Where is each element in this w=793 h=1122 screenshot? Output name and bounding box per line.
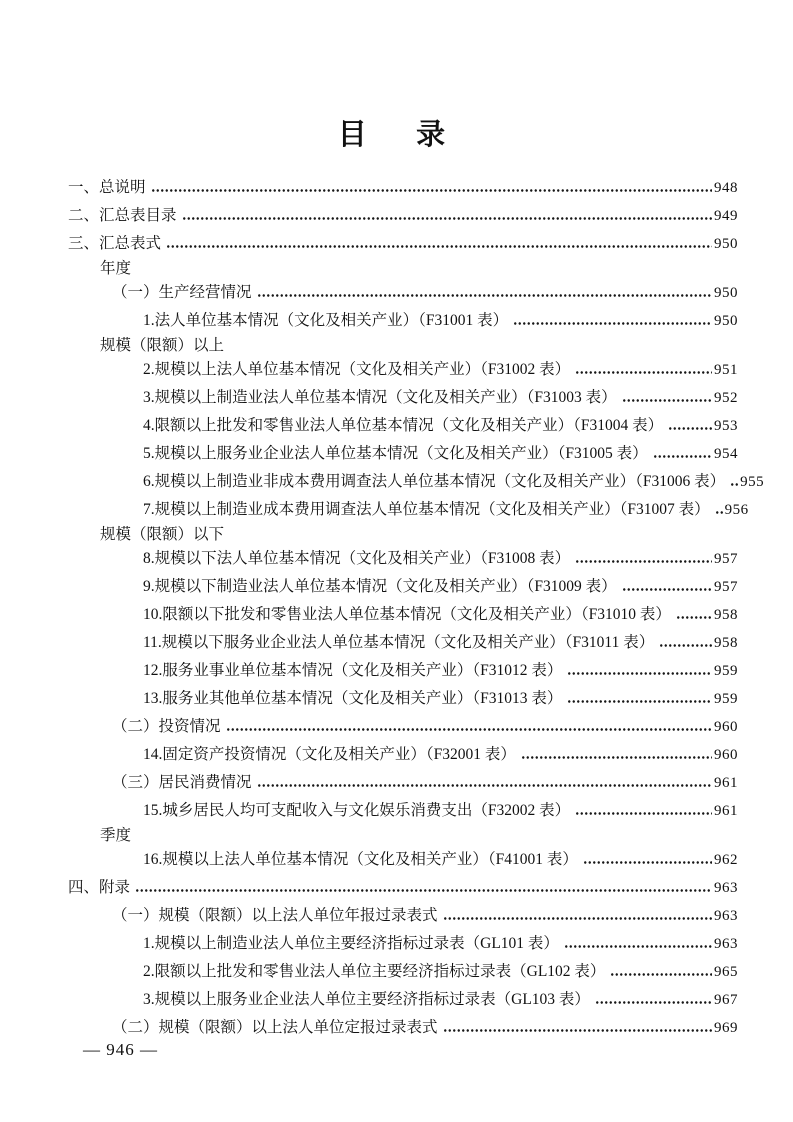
toc-entry-page: 967	[714, 993, 738, 1008]
toc-entry-page: 954	[714, 447, 738, 462]
toc-entry: 一、总说明948	[68, 174, 738, 202]
toc-entry-page: 959	[714, 664, 738, 679]
toc-entry: 3.规模以上服务业企业法人单位主要经济指标过录表（GL103 表）967	[68, 986, 738, 1014]
dot-leader	[622, 573, 712, 601]
toc-entry-label: 2.规模以上法人单位基本情况（文化及相关产业）（F31002 表）	[143, 362, 570, 378]
toc-entry-label: 季度	[100, 828, 131, 844]
toc-entry-page: 969	[714, 1021, 738, 1036]
toc-entry: 1.法人单位基本情况（文化及相关产业）（F31001 表）950	[68, 307, 738, 335]
dot-leader	[257, 769, 712, 797]
toc-entry-page: 962	[714, 853, 738, 868]
toc-entry: （二）规模（限额）以上法人单位定报过录表式969	[68, 1014, 738, 1042]
toc-group-heading: 规模（限额）以上	[68, 335, 738, 356]
toc-entry-label: 规模（限额）以下	[100, 527, 224, 543]
dot-leader	[567, 657, 712, 685]
toc-entry-label: 四、附录	[68, 880, 130, 896]
dot-leader	[182, 202, 712, 230]
toc-entry-label: 9.规模以下制造业法人单位基本情况（文化及相关产业）（F31009 表）	[143, 579, 617, 595]
toc-group-heading: 规模（限额）以下	[68, 524, 738, 545]
page-number: — 946 —	[83, 1040, 158, 1059]
toc-entry-label: 规模（限额）以上	[100, 338, 224, 354]
toc-entry-page: 960	[714, 748, 738, 763]
toc-entry-label: 1.规模以上制造业法人单位主要经济指标过录表（GL101 表）	[143, 936, 559, 952]
toc-entry: 11.规模以下服务业企业法人单位基本情况（文化及相关产业）（F31011 表）9…	[68, 629, 738, 657]
toc-entry-label: 15.城乡居民人均可支配收入与文化娱乐消费支出（F32002 表）	[143, 803, 570, 819]
toc-entry-label: 11.规模以下服务业企业法人单位基本情况（文化及相关产业）（F31011 表）	[143, 635, 654, 651]
toc-entry-page: 958	[714, 636, 738, 651]
dot-leader	[257, 279, 712, 307]
toc-entry-label: 6.规模以上制造业非成本费用调查法人单位基本情况（文化及相关产业）（F31006…	[143, 474, 725, 490]
toc-list: 一、总说明948二、汇总表目录949三、汇总表式950年度（一）生产经营情况95…	[68, 174, 738, 1042]
toc-entry: （三）居民消费情况961	[68, 769, 738, 797]
toc-entry-label: 年度	[100, 261, 131, 277]
toc-entry-label: （二）规模（限额）以上法人单位定报过录表式	[112, 1020, 438, 1036]
toc-entry-page: 950	[714, 237, 738, 252]
dot-leader	[513, 307, 712, 335]
toc-entry-page: 960	[714, 720, 738, 735]
toc-entry-page: 965	[714, 965, 738, 980]
toc-entry-label: （二）投资情况	[112, 719, 221, 735]
dot-leader	[676, 601, 712, 629]
dot-leader	[135, 874, 712, 902]
dot-leader	[668, 412, 712, 440]
dot-leader	[610, 958, 712, 986]
dot-leader	[583, 846, 712, 874]
dot-leader	[521, 741, 712, 769]
dot-leader	[622, 384, 712, 412]
toc-entry-page: 956	[725, 503, 749, 518]
toc-entry-page: 959	[714, 692, 738, 707]
toc-entry-page: 952	[714, 391, 738, 406]
toc-entry-page: 948	[714, 181, 738, 196]
toc-entry-page: 957	[714, 552, 738, 567]
toc-entry: 8.规模以下法人单位基本情况（文化及相关产业）（F31008 表）957	[68, 545, 738, 573]
toc-entry: 16.规模以上法人单位基本情况（文化及相关产业）（F41001 表）962	[68, 846, 738, 874]
toc-entry-page: 951	[714, 363, 738, 378]
toc-entry-label: （三）居民消费情况	[112, 775, 252, 791]
toc-entry-label: 二、汇总表目录	[68, 208, 177, 224]
toc-entry-page: 961	[714, 776, 738, 791]
toc-entry-label: 13.服务业其他单位基本情况（文化及相关产业）（F31013 表）	[143, 691, 562, 707]
toc-entry: （二）投资情况960	[68, 713, 738, 741]
dot-leader	[166, 230, 712, 258]
toc-entry-label: （一）规模（限额）以上法人单位年报过录表式	[112, 908, 438, 924]
toc-entry: 1.规模以上制造业法人单位主要经济指标过录表（GL101 表）963	[68, 930, 738, 958]
toc-entry-page: 963	[714, 937, 738, 952]
dot-leader	[730, 468, 738, 496]
toc-entry: 三、汇总表式950	[68, 230, 738, 258]
toc-entry: 12.服务业事业单位基本情况（文化及相关产业）（F31012 表）959	[68, 657, 738, 685]
dot-leader	[443, 902, 712, 930]
toc-entry: 四、附录963	[68, 874, 738, 902]
dot-leader	[564, 930, 712, 958]
toc-entry-label: 三、汇总表式	[68, 236, 161, 252]
toc-entry-label: 一、总说明	[68, 180, 146, 196]
dot-leader	[443, 1014, 712, 1042]
toc-entry-page: 953	[714, 419, 738, 434]
dot-leader	[653, 440, 712, 468]
toc-entry: 15.城乡居民人均可支配收入与文化娱乐消费支出（F32002 表）961	[68, 797, 738, 825]
dot-leader	[575, 545, 712, 573]
toc-entry: 14.固定资产投资情况（文化及相关产业）（F32001 表）960	[68, 741, 738, 769]
dot-leader	[226, 713, 712, 741]
toc-entry-label: 7.规模以上制造业成本费用调查法人单位基本情况（文化及相关产业）（F31007 …	[143, 502, 710, 518]
toc-group-heading: 季度	[68, 825, 738, 846]
toc-entry: 3.规模以上制造业法人单位基本情况（文化及相关产业）（F31003 表）952	[68, 384, 738, 412]
document-page: 目 录 一、总说明948二、汇总表目录949三、汇总表式950年度（一）生产经营…	[0, 0, 793, 1122]
toc-entry: 2.限额以上批发和零售业法人单位主要经济指标过录表（GL102 表）965	[68, 958, 738, 986]
toc-entry: （一）规模（限额）以上法人单位年报过录表式963	[68, 902, 738, 930]
toc-entry-page: 950	[714, 286, 738, 301]
toc-entry-label: 2.限额以上批发和零售业法人单位主要经济指标过录表（GL102 表）	[143, 964, 605, 980]
toc-entry-page: 955	[740, 475, 764, 490]
toc-entry: 10.限额以下批发和零售业法人单位基本情况（文化及相关产业）（F31010 表）…	[68, 601, 738, 629]
toc-entry-label: 10.限额以下批发和零售业法人单位基本情况（文化及相关产业）（F31010 表）	[143, 607, 671, 623]
toc-entry: （一）生产经营情况950	[68, 279, 738, 307]
toc-group-heading: 年度	[68, 258, 738, 279]
toc-entry-page: 957	[714, 580, 738, 595]
toc-entry-label: 3.规模以上服务业企业法人单位主要经济指标过录表（GL103 表）	[143, 992, 590, 1008]
dot-leader	[567, 685, 712, 713]
toc-entry-label: 14.固定资产投资情况（文化及相关产业）（F32001 表）	[143, 747, 516, 763]
dot-leader	[151, 174, 712, 202]
toc-entry-page: 949	[714, 209, 738, 224]
toc-entry: 5.规模以上服务业企业法人单位基本情况（文化及相关产业）（F31005 表）95…	[68, 440, 738, 468]
dot-leader	[715, 496, 723, 524]
toc-entry-page: 963	[714, 881, 738, 896]
dot-leader	[595, 986, 712, 1014]
dot-leader	[575, 797, 712, 825]
toc-entry: 6.规模以上制造业非成本费用调查法人单位基本情况（文化及相关产业）（F31006…	[68, 468, 738, 496]
toc-entry-label: 4.限额以上批发和零售业法人单位基本情况（文化及相关产业）（F31004 表）	[143, 418, 663, 434]
toc-entry: 7.规模以上制造业成本费用调查法人单位基本情况（文化及相关产业）（F31007 …	[68, 496, 738, 524]
toc-entry: 4.限额以上批发和零售业法人单位基本情况（文化及相关产业）（F31004 表）9…	[68, 412, 738, 440]
toc-entry: 9.规模以下制造业法人单位基本情况（文化及相关产业）（F31009 表）957	[68, 573, 738, 601]
toc-entry-page: 961	[714, 804, 738, 819]
toc-entry-label: 16.规模以上法人单位基本情况（文化及相关产业）（F41001 表）	[143, 852, 578, 868]
page-footer: — 946 —	[83, 1040, 158, 1060]
toc-entry-page: 958	[714, 608, 738, 623]
dot-leader	[659, 629, 712, 657]
toc-entry-page: 963	[714, 909, 738, 924]
toc-entry-label: 12.服务业事业单位基本情况（文化及相关产业）（F31012 表）	[143, 663, 562, 679]
toc-entry-label: 3.规模以上制造业法人单位基本情况（文化及相关产业）（F31003 表）	[143, 390, 617, 406]
toc-entry-label: （一）生产经营情况	[112, 285, 252, 301]
toc-entry-label: 1.法人单位基本情况（文化及相关产业）（F31001 表）	[143, 313, 508, 329]
toc-entry-label: 8.规模以下法人单位基本情况（文化及相关产业）（F31008 表）	[143, 551, 570, 567]
toc-entry: 2.规模以上法人单位基本情况（文化及相关产业）（F31002 表）951	[68, 356, 738, 384]
toc-entry: 13.服务业其他单位基本情况（文化及相关产业）（F31013 表）959	[68, 685, 738, 713]
dot-leader	[575, 356, 712, 384]
page-title: 目 录	[0, 112, 793, 153]
toc-entry: 二、汇总表目录949	[68, 202, 738, 230]
toc-entry-label: 5.规模以上服务业企业法人单位基本情况（文化及相关产业）（F31005 表）	[143, 446, 648, 462]
toc-entry-page: 950	[714, 314, 738, 329]
